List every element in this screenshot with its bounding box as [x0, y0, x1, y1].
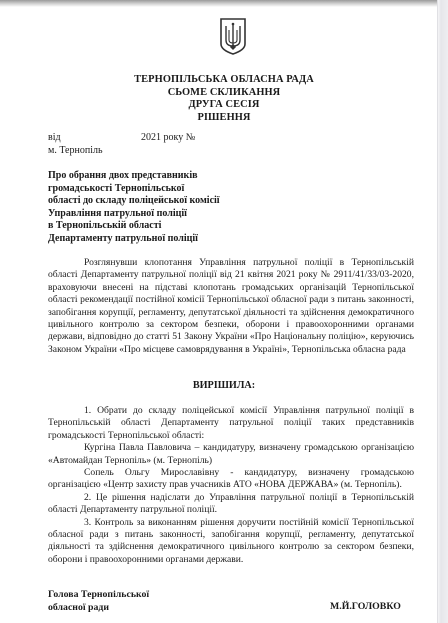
signature-title: Голова Тернопільської обласної ради — [48, 588, 149, 614]
city: м. Тернопіль — [48, 145, 103, 158]
candidate-2: Сопель Ольгу Мирославівну - кандидатуру,… — [48, 467, 414, 492]
subject-line: в Тернопільській області — [48, 220, 220, 233]
preamble-block: Розглянувши клопотання Управління патрул… — [48, 257, 414, 356]
signature-title-line: Голова Тернопільської — [48, 588, 149, 601]
date-number: 2021 року № — [141, 132, 195, 145]
item-3: 3. Контроль за виконанням рішення доручи… — [48, 517, 414, 567]
from-label: від — [48, 132, 61, 143]
session: ДРУГА СЕСІЯ — [0, 99, 448, 112]
council-name: ТЕРНОПІЛЬСЬКА ОБЛАСНА РАДА — [0, 74, 448, 87]
resolution-items: 1. Обрати до складу поліцейської комісії… — [48, 405, 414, 566]
item-1: 1. Обрати до складу поліцейської комісії… — [48, 405, 414, 442]
convocation: СЬОМЕ СКЛИКАННЯ — [0, 87, 448, 100]
document-type: РІШЕННЯ — [0, 112, 448, 125]
resolved-heading: ВИРІШИЛА: — [0, 380, 448, 391]
subject-line: громадськості Тернопільської — [48, 183, 220, 196]
signature-title-line: обласної ради — [48, 601, 149, 614]
subject-line: Департаменту патрульної поліції — [48, 233, 220, 246]
preamble: Розглянувши клопотання Управління патрул… — [48, 257, 414, 356]
signatory-name: М.Й.ГОЛОВКО — [330, 601, 401, 612]
candidate-1: Кургіна Павла Павловича – кандидатуру, в… — [48, 442, 414, 467]
coat-of-arms-icon — [218, 16, 248, 56]
subject-line: Управління патрульної поліції — [48, 208, 220, 221]
subject-line: області до складу поліцейської комісії — [48, 195, 220, 208]
subject-line: Про обрання двох представників — [48, 170, 220, 183]
document-header: ТЕРНОПІЛЬСЬКА ОБЛАСНА РАДА СЬОМЕ СКЛИКАН… — [0, 74, 448, 124]
document-page: ТЕРНОПІЛЬСЬКА ОБЛАСНА РАДА СЬОМЕ СКЛИКАН… — [0, 0, 438, 623]
document-subject: Про обрання двох представників громадськ… — [48, 170, 220, 246]
item-2: 2. Це рішення надіслати до Управління па… — [48, 492, 414, 517]
document-meta: від 2021 року № м. Тернопіль — [48, 132, 103, 157]
